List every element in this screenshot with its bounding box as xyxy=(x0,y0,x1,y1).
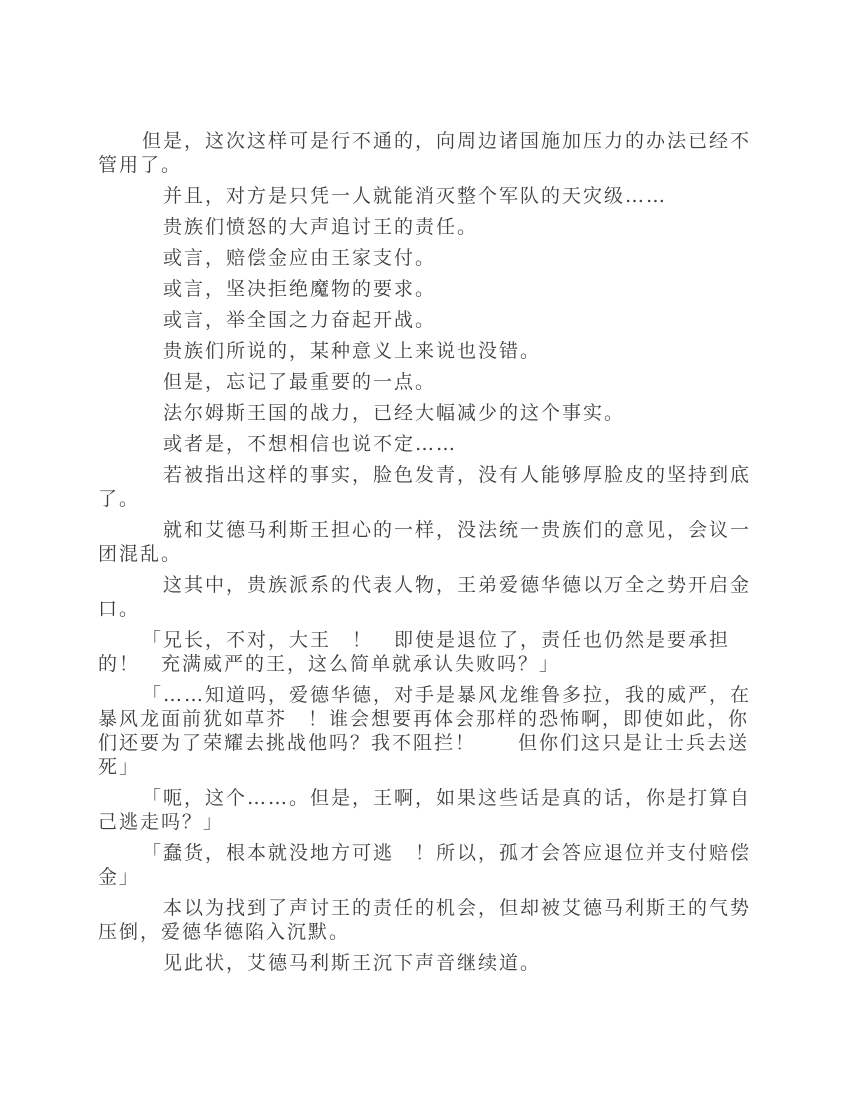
paragraph: 就和艾德马利斯王担心的一样，没法统一贵族们的意见，会议一团混乱。 xyxy=(98,518,760,566)
paragraph: 法尔姆斯王国的战力，已经大幅减少的这个事实。 xyxy=(98,401,760,425)
paragraph: 或者是，不想相信也说不定…… xyxy=(98,432,760,456)
paragraph: 若被指出这样的事实，脸色发青，没有人能够厚脸皮的坚持到底了。 xyxy=(98,463,760,511)
paragraph: 或言，赔偿金应由王家支付。 xyxy=(98,246,760,270)
paragraph: 但是，忘记了最重要的一点。 xyxy=(98,370,760,394)
paragraph: 并且，对方是只凭一人就能消灭整个军队的天灾级…… xyxy=(98,184,760,208)
paragraph: 本以为找到了声讨王的责任的机会，但却被艾德马利斯王的气势压倒，爱德华德陷入沉默。 xyxy=(98,896,760,944)
paragraph-dialogue: 「……知道吗，爱德华德，对手是暴风龙维鲁多拉，我的威严，在暴风龙面前犹如草芥 ！… xyxy=(98,683,760,779)
paragraph: 或言，坚决拒绝魔物的要求。 xyxy=(98,277,760,301)
paragraph-dialogue: 「兄长，不对，大王 ！ 即使是退位了，责任也仍然是要承担的！ 充满威严的王，这么… xyxy=(98,628,760,676)
novel-text-page: 但是，这次这样可是行不通的，向周边诸国施加压力的办法已经不管用了。 并且，对方是… xyxy=(0,0,850,1100)
paragraph-dialogue: 「呃，这个……。但是，王啊，如果这些话是真的话，你是打算自己逃走吗？」 xyxy=(98,786,760,834)
paragraph: 贵族们所说的，某种意义上来说也没错。 xyxy=(98,339,760,363)
paragraph: 贵族们愤怒的大声追讨王的责任。 xyxy=(98,215,760,239)
paragraph: 见此状，艾德马利斯王沉下声音继续道。 xyxy=(98,951,760,975)
paragraph-dialogue: 「蠢货，根本就没地方可逃 ！所以，孤才会答应退位并支付赔偿金」 xyxy=(98,841,760,889)
paragraph: 或言，举全国之力奋起开战。 xyxy=(98,308,760,332)
paragraph: 这其中，贵族派系的代表人物，王弟爱德华德以万全之势开启金口。 xyxy=(98,573,760,621)
paragraph: 但是，这次这样可是行不通的，向周边诸国施加压力的办法已经不管用了。 xyxy=(98,129,760,177)
